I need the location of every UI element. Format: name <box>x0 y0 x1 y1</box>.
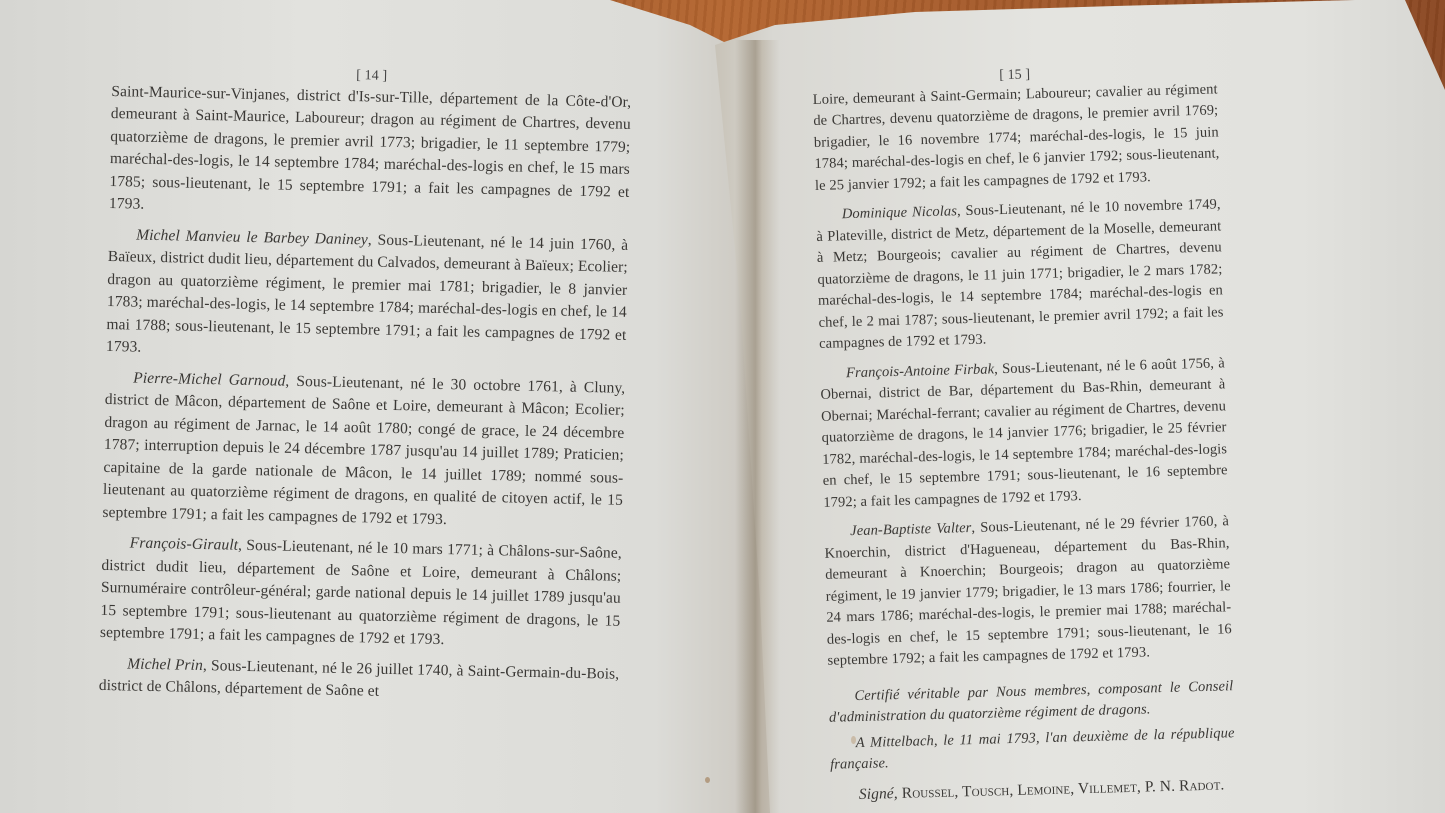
right-page-text: [ 15 ] Loire, demeurant à Saint-Germain;… <box>812 59 1236 805</box>
officer-record: , Sous-Lieutenant, né le 30 octobre 1761… <box>102 372 625 527</box>
officer-entry: Dominique Nicolas, Sous-Lieutenant, né l… <box>816 194 1225 355</box>
officer-entry: François-Girault, Sous-Lieutenant, né le… <box>100 532 622 655</box>
officer-name: Dominique Nicolas <box>842 203 958 222</box>
officer-name: Michel Prin <box>127 655 203 674</box>
officer-name: Pierre-Michel Garnoud <box>133 369 286 389</box>
officer-entry: Loire, demeurant à Saint-Germain; Labour… <box>813 79 1221 197</box>
officer-record: Saint-Maurice-sur-Vinjanes, district d'I… <box>109 82 632 212</box>
officer-name: Jean-Baptiste Valter <box>850 520 972 539</box>
officer-entry: Michel Prin, Sous-Lieutenant, né le 26 j… <box>99 652 620 708</box>
left-page-text: [ 14 ] Saint-Maurice-sur-Vinjanes, distr… <box>98 60 631 716</box>
signed-label: Signé, <box>859 785 898 803</box>
officer-name: François-Antoine Firbak <box>846 361 995 381</box>
officer-entry: Jean-Baptiste Valter, Sous-Lieutenant, n… <box>824 511 1233 672</box>
officer-entry: Michel Manvieu le Barbey Daniney, Sous-L… <box>106 223 629 369</box>
officer-entry: François-Antoine Firbak, Sous-Lieutenant… <box>820 353 1229 514</box>
officer-entry: Saint-Maurice-sur-Vinjanes, district d'I… <box>109 80 632 226</box>
officer-entry: Pierre-Michel Garnoud, Sous-Lieutenant, … <box>102 366 625 534</box>
certification-statement: Certifié véritable par Nous membres, com… <box>828 676 1234 730</box>
officer-record: , Sous-Lieutenant, né le 10 mars 1771; à… <box>100 537 622 648</box>
officer-record: Loire, demeurant à Saint-Germain; Labour… <box>813 81 1220 194</box>
officer-name: Michel Manvieu le Barbey Daniney <box>136 226 368 248</box>
officer-record: , Sous-Lieutenant, né le 14 juin 1760, à… <box>106 231 629 356</box>
foxing-stain <box>705 777 710 783</box>
officer-name: François-Girault <box>130 534 239 553</box>
place-and-date: A Mittelbach, le 11 mai 1793, l'an deuxi… <box>829 723 1235 777</box>
